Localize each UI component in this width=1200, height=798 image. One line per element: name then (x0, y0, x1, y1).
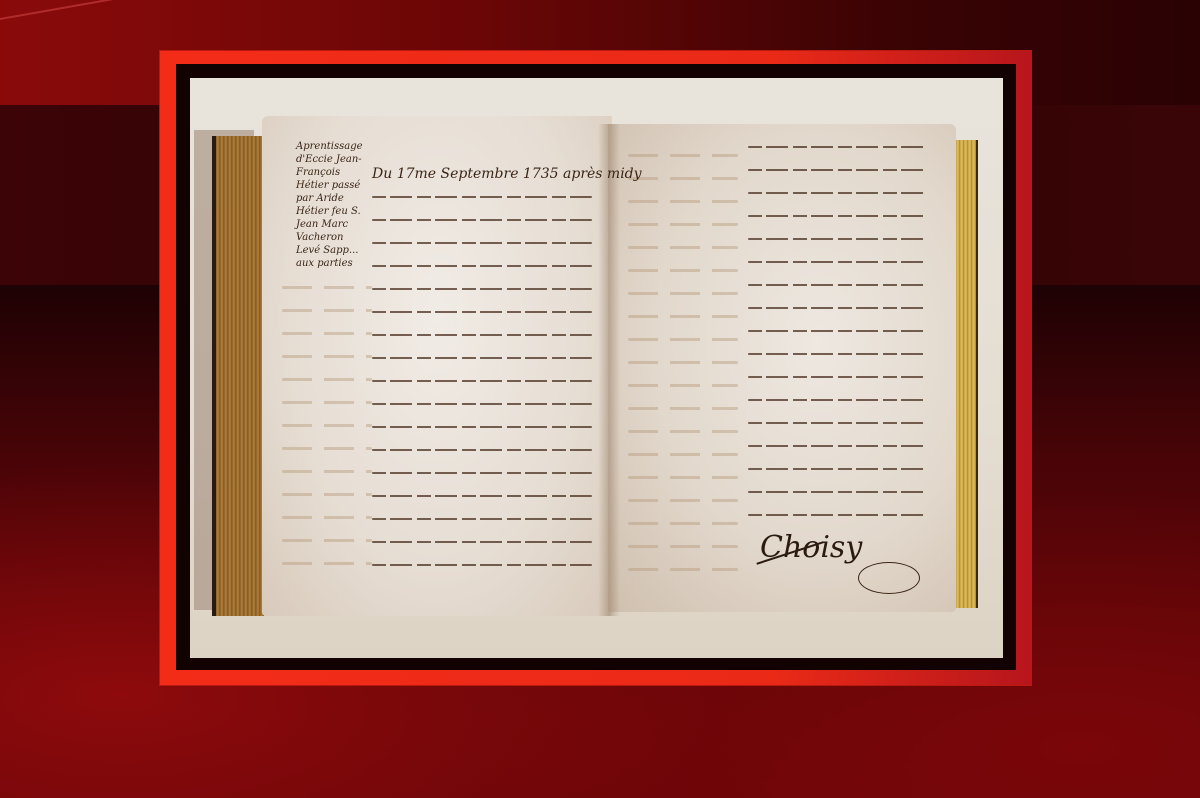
signature: Choisy (760, 530, 862, 565)
book-page-edges-left (212, 136, 264, 616)
margin-note: Aprentissage d'Eccie Jean-François Hétie… (296, 140, 366, 270)
entry-heading: Du 17me Septembre 1735 après midy (372, 166, 642, 182)
faded-lines-left (282, 286, 372, 585)
handwriting-lines-left (372, 196, 592, 587)
handwriting-lines-right (748, 146, 928, 537)
faded-lines-right (628, 154, 738, 591)
book-gutter (598, 124, 620, 616)
signature-paraph (858, 562, 920, 594)
